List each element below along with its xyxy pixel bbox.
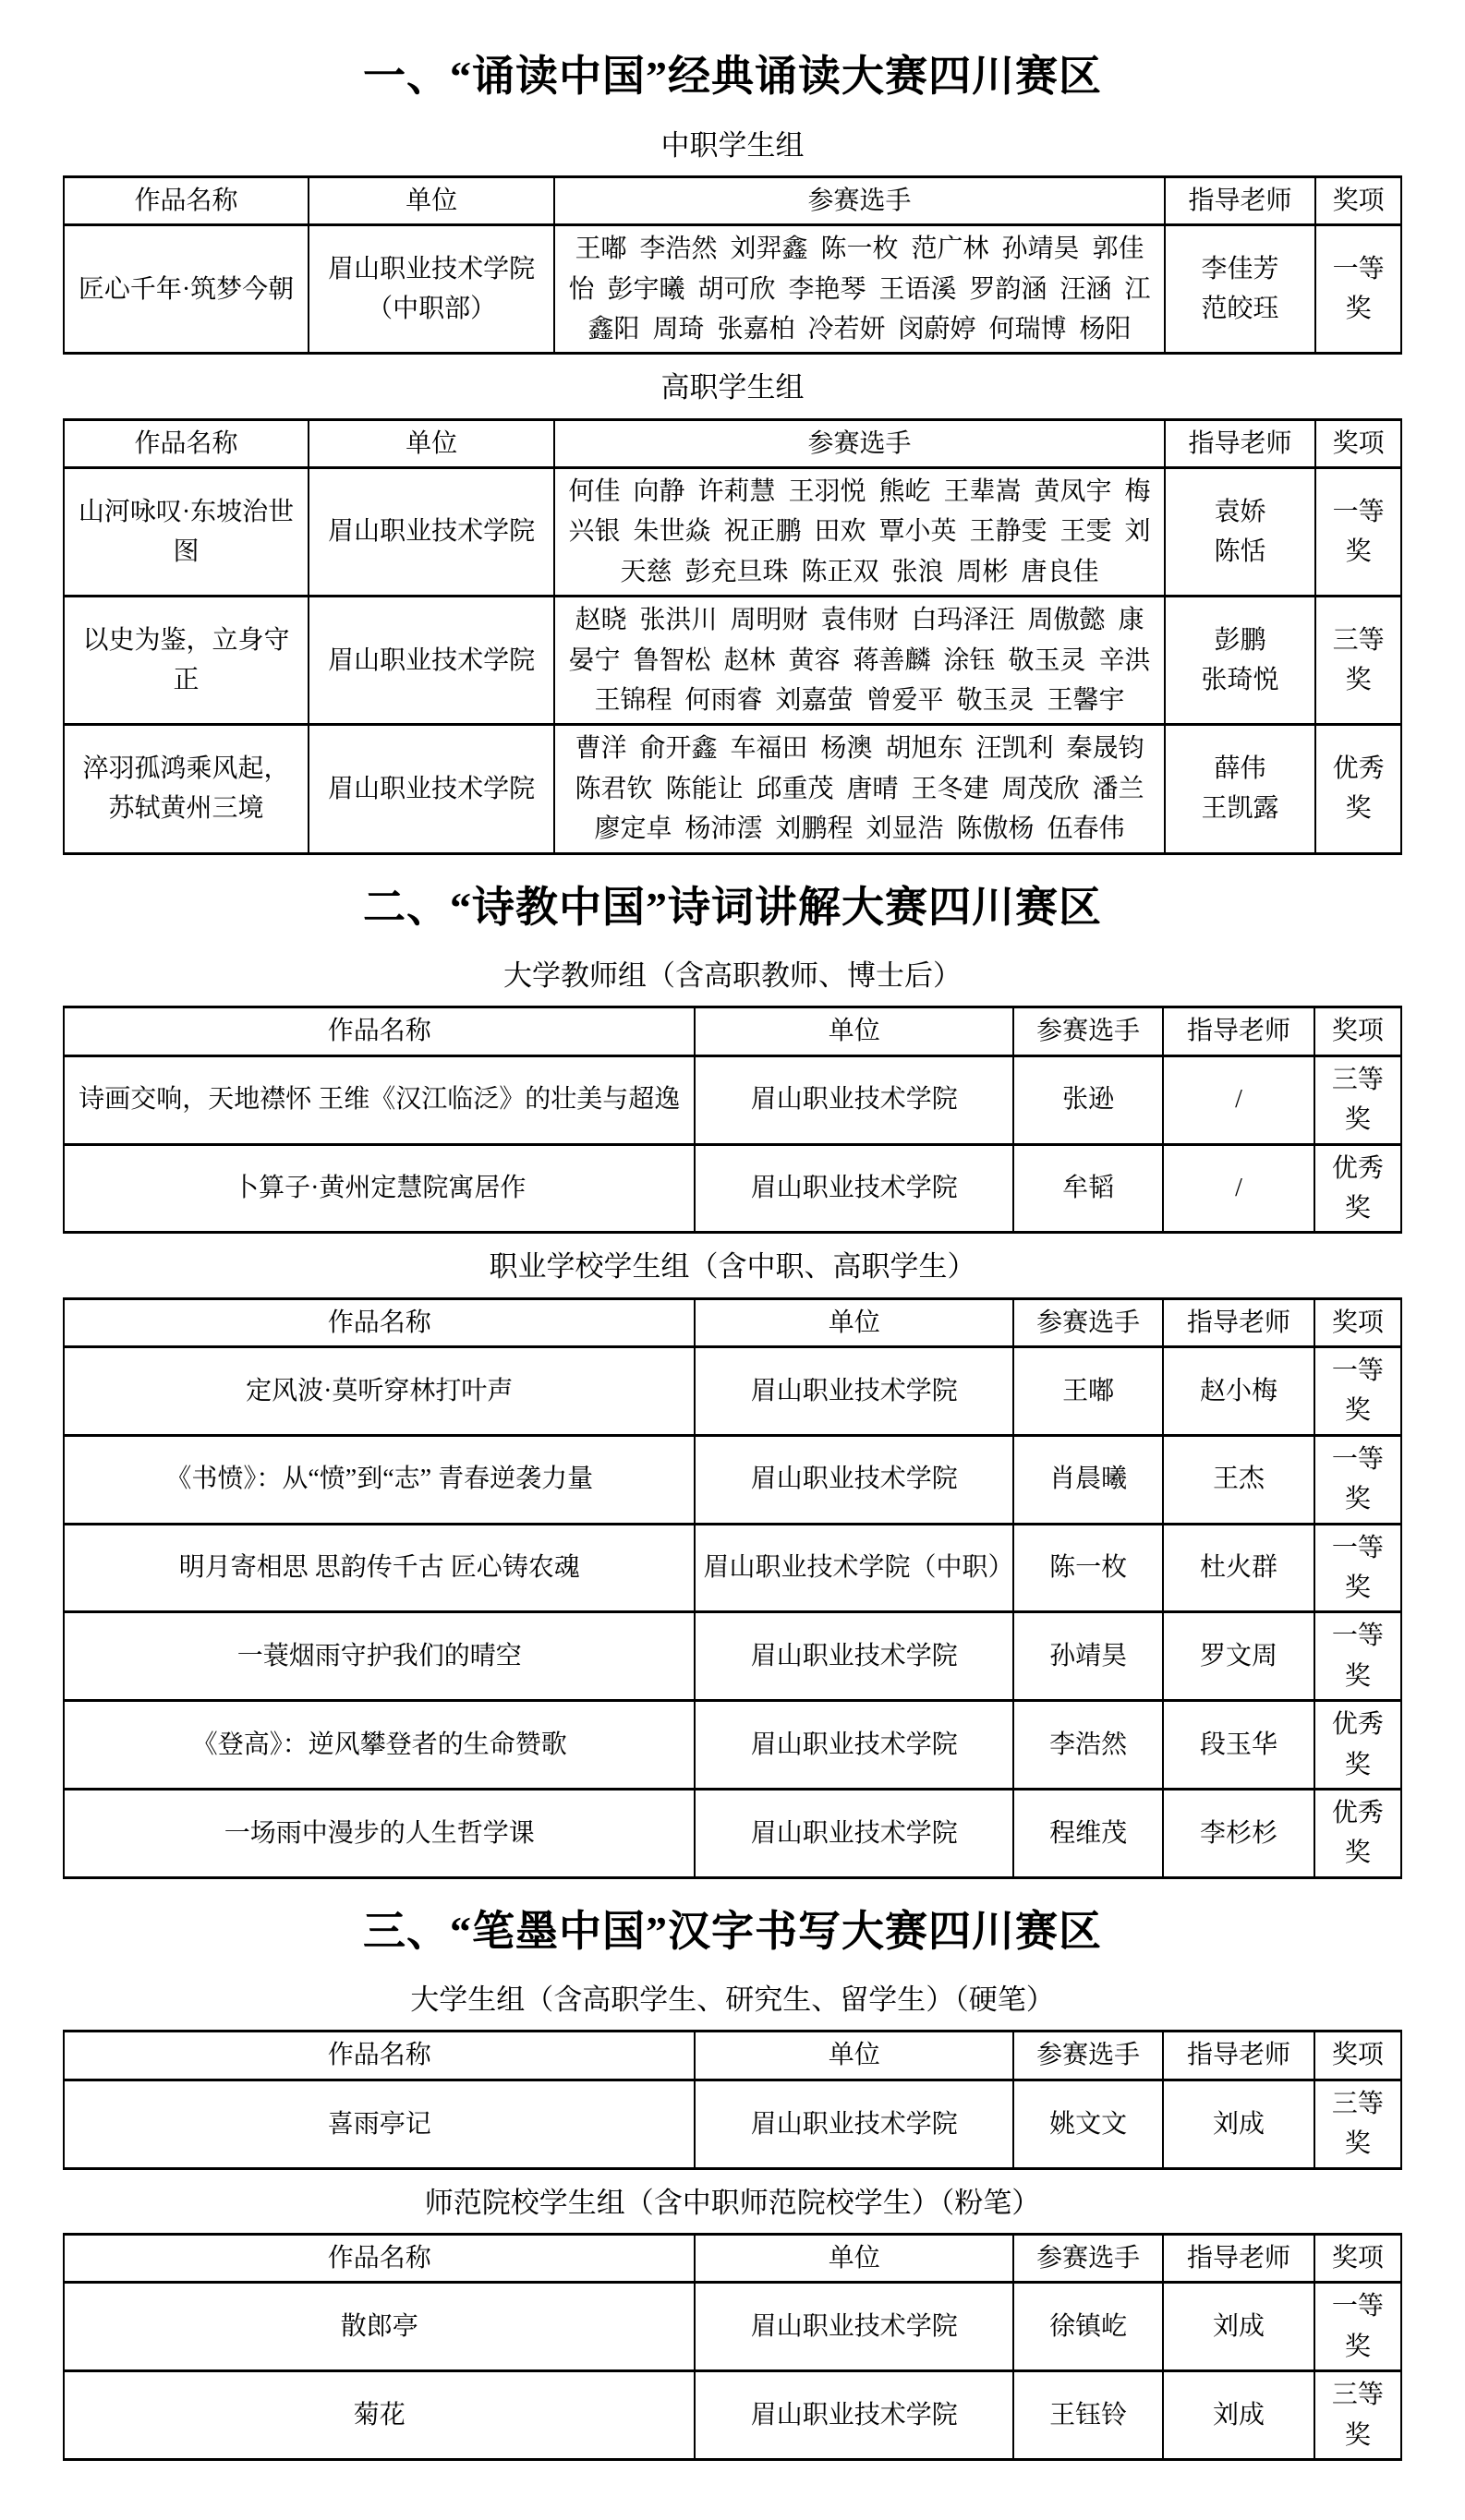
header-cell: 作品名称 xyxy=(64,176,309,224)
table-row: 淬羽孤鸿乘风起，苏轼黄州三境眉山职业技术学院曹洋 俞开鑫 车福田 杨澳 胡旭东 … xyxy=(64,725,1401,853)
award-cell: 一等奖 xyxy=(1314,1524,1401,1612)
table-row: 一蓑烟雨守护我们的晴空眉山职业技术学院孙靖昊罗文周一等奖 xyxy=(64,1612,1401,1701)
work-title-cell: 定风波·莫听穿林打叶声 xyxy=(64,1347,695,1436)
work-title-cell: 淬羽孤鸿乘风起，苏轼黄州三境 xyxy=(64,725,309,853)
work-title-cell: 匠心千年·筑梦今朝 xyxy=(64,225,309,354)
work-title-cell: 散郎亭 xyxy=(64,2283,695,2371)
unit-cell: 眉山职业技术学院 xyxy=(309,725,554,853)
award-cell: 优秀奖 xyxy=(1315,725,1401,853)
award-document-page: 一、“诵读中国”经典诵读大赛四川赛区中职学生组作品名称单位参赛选手指导老师奖项匠… xyxy=(0,0,1465,2520)
header-row: 作品名称单位参赛选手指导老师奖项 xyxy=(64,176,1401,224)
header-cell: 奖项 xyxy=(1314,1007,1401,1055)
unit-cell: 眉山职业技术学院 xyxy=(309,597,554,725)
participants-cell: 陈一枚 xyxy=(1013,1524,1163,1612)
unit-cell: 眉山职业技术学院 xyxy=(695,2283,1013,2371)
award-cell: 优秀奖 xyxy=(1314,1789,1401,1877)
work-title-cell: 诗画交响，天地襟怀 王维《汉江临泛》的壮美与超逸 xyxy=(64,1055,695,1144)
unit-cell: 眉山职业技术学院 xyxy=(309,468,554,597)
results-table: 作品名称单位参赛选手指导老师奖项山河咏叹·东坡治世图眉山职业技术学院何佳 向静 … xyxy=(63,418,1402,855)
teachers-cell: / xyxy=(1163,1055,1314,1144)
unit-cell: 眉山职业技术学院 xyxy=(695,1055,1013,1144)
teachers-cell: 刘成 xyxy=(1163,2371,1314,2460)
participants-cell: 程维茂 xyxy=(1013,1789,1163,1877)
work-title-cell: 以史为鉴，立身守正 xyxy=(64,597,309,725)
section-title: 二、“诗教中国”诗词讲解大赛四川赛区 xyxy=(63,881,1402,934)
table-row: 明月寄相思 思韵传千古 匠心铸农魂眉山职业技术学院（中职）陈一枚杜火群一等奖 xyxy=(64,1524,1401,1612)
table-row: 诗画交响，天地襟怀 王维《汉江临泛》的壮美与超逸眉山职业技术学院张逊/三等奖 xyxy=(64,1055,1401,1144)
header-cell: 参赛选手 xyxy=(554,419,1164,467)
header-cell: 作品名称 xyxy=(64,1007,695,1055)
participants-cell: 曹洋 俞开鑫 车福田 杨澳 胡旭东 汪凯利 秦晟钧 陈君钦 陈能让 邱重茂 唐晴… xyxy=(554,725,1164,853)
table-row: 定风波·莫听穿林打叶声眉山职业技术学院王嘟赵小梅一等奖 xyxy=(64,1347,1401,1436)
work-title-cell: 一蓑烟雨守护我们的晴空 xyxy=(64,1612,695,1701)
header-cell: 参赛选手 xyxy=(1013,1298,1163,1346)
table-row: 《登高》：逆风攀登者的生命赞歌眉山职业技术学院李浩然段玉华优秀奖 xyxy=(64,1701,1401,1790)
work-title-cell: 山河咏叹·东坡治世图 xyxy=(64,468,309,597)
teachers-cell: 王杰 xyxy=(1163,1435,1314,1524)
table-row: 《书愤》：从“愤”到“志” 青春逆袭力量眉山职业技术学院肖晨曦王杰一等奖 xyxy=(64,1435,1401,1524)
header-row: 作品名称单位参赛选手指导老师奖项 xyxy=(64,2234,1401,2282)
participants-cell: 王嘟 李浩然 刘羿鑫 陈一枚 范广林 孙靖昊 郭佳怡 彭宇曦 胡可欣 李艳琴 王… xyxy=(554,225,1164,354)
header-cell: 奖项 xyxy=(1314,2032,1401,2080)
header-row: 作品名称单位参赛选手指导老师奖项 xyxy=(64,419,1401,467)
unit-cell: 眉山职业技术学院 xyxy=(695,1144,1013,1233)
work-title-cell: 卜算子·黄州定慧院寓居作 xyxy=(64,1144,695,1233)
teachers-cell: 袁娇 陈恬 xyxy=(1165,468,1316,597)
section-title: 三、“笔墨中国”汉字书写大赛四川赛区 xyxy=(63,1905,1402,1959)
header-cell: 参赛选手 xyxy=(1013,1007,1163,1055)
teachers-cell: 刘成 xyxy=(1163,2080,1314,2168)
header-cell: 指导老师 xyxy=(1165,419,1316,467)
award-cell: 一等奖 xyxy=(1314,2283,1401,2371)
award-cell: 一等奖 xyxy=(1315,468,1401,597)
table-row: 卜算子·黄州定慧院寓居作眉山职业技术学院牟韬/优秀奖 xyxy=(64,1144,1401,1233)
unit-cell: 眉山职业技术学院 xyxy=(695,1347,1013,1436)
teachers-cell: 薛伟 王凯露 xyxy=(1165,725,1316,853)
table-row: 一场雨中漫步的人生哲学课眉山职业技术学院程维茂李杉杉优秀奖 xyxy=(64,1789,1401,1877)
results-table: 作品名称单位参赛选手指导老师奖项匠心千年·筑梦今朝眉山职业技术学院（中职部）王嘟… xyxy=(63,175,1402,356)
results-table: 作品名称单位参赛选手指导老师奖项散郎亭眉山职业技术学院徐镇屹刘成一等奖菊花眉山职… xyxy=(63,2233,1402,2461)
header-cell: 单位 xyxy=(695,2032,1013,2080)
award-cell: 三等奖 xyxy=(1314,1055,1401,1144)
participants-cell: 肖晨曦 xyxy=(1013,1435,1163,1524)
work-title-cell: 明月寄相思 思韵传千古 匠心铸农魂 xyxy=(64,1524,695,1612)
work-title-cell: 喜雨亭记 xyxy=(64,2080,695,2168)
header-cell: 作品名称 xyxy=(64,1298,695,1346)
participants-cell: 孙靖昊 xyxy=(1013,1612,1163,1701)
unit-cell: 眉山职业技术学院（中职部） xyxy=(309,225,554,354)
section-title: 一、“诵读中国”经典诵读大赛四川赛区 xyxy=(63,50,1402,103)
teachers-cell: / xyxy=(1163,1144,1314,1233)
participants-cell: 李浩然 xyxy=(1013,1701,1163,1790)
table-row: 菊花眉山职业技术学院王钰铃刘成三等奖 xyxy=(64,2371,1401,2460)
award-cell: 三等奖 xyxy=(1314,2371,1401,2460)
award-cell: 三等奖 xyxy=(1315,597,1401,725)
header-cell: 单位 xyxy=(309,419,554,467)
teachers-cell: 李杉杉 xyxy=(1163,1789,1314,1877)
unit-cell: 眉山职业技术学院（中职） xyxy=(695,1524,1013,1612)
header-cell: 指导老师 xyxy=(1163,2234,1314,2282)
unit-cell: 眉山职业技术学院 xyxy=(695,1435,1013,1524)
results-table: 作品名称单位参赛选手指导老师奖项喜雨亭记眉山职业技术学院姚文文刘成三等奖 xyxy=(63,2030,1402,2169)
teachers-cell: 李佳芳 范皎珏 xyxy=(1165,225,1316,354)
group-subtitle: 职业学校学生组（含中职、高职学生） xyxy=(63,1248,1402,1285)
participants-cell: 赵晓 张洪川 周明财 袁伟财 白玛泽汪 周傲懿 康晏宁 鲁智松 赵林 黄容 蒋善… xyxy=(554,597,1164,725)
header-cell: 奖项 xyxy=(1315,176,1401,224)
header-cell: 单位 xyxy=(309,176,554,224)
teachers-cell: 杜火群 xyxy=(1163,1524,1314,1612)
award-cell: 一等奖 xyxy=(1314,1612,1401,1701)
group-subtitle: 大学生组（含高职学生、研究生、留学生）（硬笔） xyxy=(63,1982,1402,2019)
header-row: 作品名称单位参赛选手指导老师奖项 xyxy=(64,1007,1401,1055)
teachers-cell: 段玉华 xyxy=(1163,1701,1314,1790)
participants-cell: 张逊 xyxy=(1013,1055,1163,1144)
results-table: 作品名称单位参赛选手指导老师奖项诗画交响，天地襟怀 王维《汉江临泛》的壮美与超逸… xyxy=(63,1006,1402,1234)
table-row: 山河咏叹·东坡治世图眉山职业技术学院何佳 向静 许莉慧 王羽悦 熊屹 王辈嵩 黄… xyxy=(64,468,1401,597)
work-title-cell: 菊花 xyxy=(64,2371,695,2460)
participants-cell: 牟韬 xyxy=(1013,1144,1163,1233)
teachers-cell: 赵小梅 xyxy=(1163,1347,1314,1436)
unit-cell: 眉山职业技术学院 xyxy=(695,2371,1013,2460)
group-subtitle: 高职学生组 xyxy=(63,369,1402,406)
header-cell: 单位 xyxy=(695,2234,1013,2282)
work-title-cell: 一场雨中漫步的人生哲学课 xyxy=(64,1789,695,1877)
header-cell: 单位 xyxy=(695,1007,1013,1055)
award-cell: 三等奖 xyxy=(1314,2080,1401,2168)
header-cell: 作品名称 xyxy=(64,2032,695,2080)
table-row: 匠心千年·筑梦今朝眉山职业技术学院（中职部）王嘟 李浩然 刘羿鑫 陈一枚 范广林… xyxy=(64,225,1401,354)
table-row: 散郎亭眉山职业技术学院徐镇屹刘成一等奖 xyxy=(64,2283,1401,2371)
teachers-cell: 罗文周 xyxy=(1163,1612,1314,1701)
participants-cell: 徐镇屹 xyxy=(1013,2283,1163,2371)
table-row: 喜雨亭记眉山职业技术学院姚文文刘成三等奖 xyxy=(64,2080,1401,2168)
header-cell: 奖项 xyxy=(1314,1298,1401,1346)
group-subtitle: 中职学生组 xyxy=(63,127,1402,164)
award-cell: 一等奖 xyxy=(1314,1347,1401,1436)
header-cell: 指导老师 xyxy=(1163,2032,1314,2080)
header-row: 作品名称单位参赛选手指导老师奖项 xyxy=(64,2032,1401,2080)
header-cell: 作品名称 xyxy=(64,419,309,467)
header-cell: 作品名称 xyxy=(64,2234,695,2282)
header-row: 作品名称单位参赛选手指导老师奖项 xyxy=(64,1298,1401,1346)
unit-cell: 眉山职业技术学院 xyxy=(695,1789,1013,1877)
participants-cell: 王钰铃 xyxy=(1013,2371,1163,2460)
header-cell: 参赛选手 xyxy=(1013,2032,1163,2080)
group-subtitle: 大学教师组（含高职教师、博士后） xyxy=(63,958,1402,995)
participants-cell: 何佳 向静 许莉慧 王羽悦 熊屹 王辈嵩 黄凤宇 梅兴银 朱世焱 祝正鹏 田欢 … xyxy=(554,468,1164,597)
work-title-cell: 《登高》：逆风攀登者的生命赞歌 xyxy=(64,1701,695,1790)
header-cell: 参赛选手 xyxy=(554,176,1164,224)
award-cell: 优秀奖 xyxy=(1314,1144,1401,1233)
unit-cell: 眉山职业技术学院 xyxy=(695,1701,1013,1790)
header-cell: 单位 xyxy=(695,1298,1013,1346)
results-table: 作品名称单位参赛选手指导老师奖项定风波·莫听穿林打叶声眉山职业技术学院王嘟赵小梅… xyxy=(63,1297,1402,1879)
award-cell: 优秀奖 xyxy=(1314,1701,1401,1790)
unit-cell: 眉山职业技术学院 xyxy=(695,2080,1013,2168)
teachers-cell: 彭鹏 张琦悦 xyxy=(1165,597,1316,725)
header-cell: 指导老师 xyxy=(1163,1298,1314,1346)
header-cell: 指导老师 xyxy=(1165,176,1316,224)
teachers-cell: 刘成 xyxy=(1163,2283,1314,2371)
group-subtitle: 师范院校学生组（含中职师范院校学生）（粉笔） xyxy=(63,2185,1402,2222)
header-cell: 奖项 xyxy=(1314,2234,1401,2282)
header-cell: 指导老师 xyxy=(1163,1007,1314,1055)
award-cell: 一等奖 xyxy=(1314,1435,1401,1524)
award-cell: 一等奖 xyxy=(1315,225,1401,354)
table-row: 以史为鉴，立身守正眉山职业技术学院赵晓 张洪川 周明财 袁伟财 白玛泽汪 周傲懿… xyxy=(64,597,1401,725)
work-title-cell: 《书愤》：从“愤”到“志” 青春逆袭力量 xyxy=(64,1435,695,1524)
unit-cell: 眉山职业技术学院 xyxy=(695,1612,1013,1701)
header-cell: 参赛选手 xyxy=(1013,2234,1163,2282)
participants-cell: 王嘟 xyxy=(1013,1347,1163,1436)
header-cell: 奖项 xyxy=(1315,419,1401,467)
participants-cell: 姚文文 xyxy=(1013,2080,1163,2168)
